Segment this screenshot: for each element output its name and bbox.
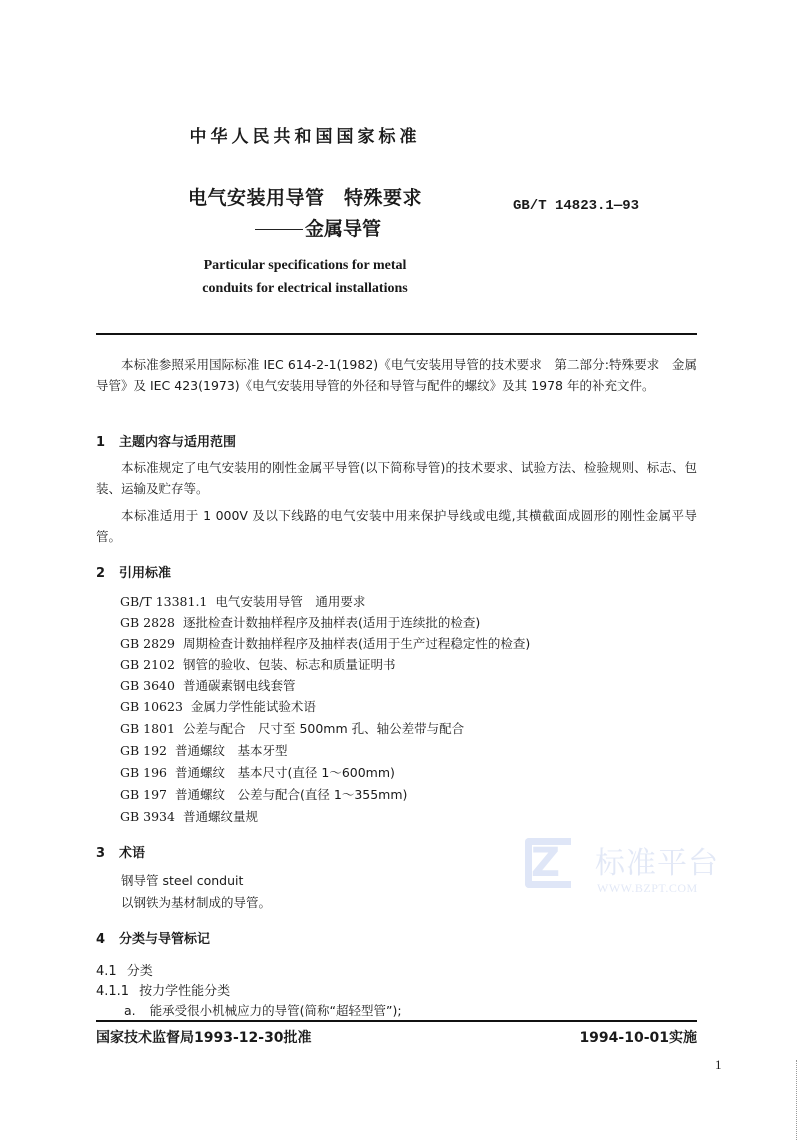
standard-number: GB/T 14823.1—93 [513, 198, 639, 214]
em-dash-rule [255, 229, 303, 230]
reference-item: GB 2828逐批检查计数抽样程序及抽样表(适用于连续批的检查) [120, 613, 480, 631]
subsection-4-1-1-heading: 4.1.1按力学性能分类 [96, 980, 230, 999]
document-subtitle: 金属导管 [255, 214, 381, 241]
implementation-date: 1994-10-01实施 [579, 1027, 697, 1047]
scan-edge-artifact [796, 1060, 800, 1140]
watermark-text: 标准平台 [595, 838, 719, 882]
reference-item: GB 2102钢管的验收、包装、标志和质量证明书 [120, 655, 395, 673]
page-number: 1 [715, 1057, 722, 1073]
reference-item: GB/T 13381.1电气安装用导管 通用要求 [120, 592, 365, 610]
subsection-4-1-heading: 4.1分类 [96, 960, 153, 979]
section-1-paragraph-1: 本标准规定了电气安装用的刚性金属平导管(以下简称导管)的技术要求、试验方法、检验… [96, 457, 697, 499]
watermark-logo-letter: Z [531, 841, 560, 885]
list-item-a: a.能承受很小机械应力的导管(简称“超轻型管”); [124, 1001, 402, 1019]
reference-item: GB 197普通螺纹 公差与配合(直径 1～355mm) [120, 785, 407, 803]
reference-item: GB 10623金属力学性能试验术语 [120, 697, 316, 715]
section-1-heading: 1主题内容与适用范围 [96, 431, 236, 450]
watermark: Z 标准平台 WWW.BZPT.COM [525, 838, 725, 908]
section-3-heading: 3术语 [96, 842, 145, 861]
reference-item: GB 1801公差与配合 尺寸至 500mm 孔、轴公差带与配合 [120, 719, 464, 737]
national-standard-heading: 中华人民共和国国家标准 [0, 122, 610, 147]
reference-item: GB 192普通螺纹 基本牙型 [120, 741, 288, 759]
term-definition: 以钢铁为基材制成的导管。 [121, 892, 521, 913]
foreword-paragraph: 本标准参照采用国际标准 IEC 614-2-1(1982)《电气安装用导管的技术… [96, 354, 697, 396]
section-2-heading: 2引用标准 [96, 562, 171, 581]
section-4-heading: 4分类与导管标记 [96, 928, 210, 947]
reference-item: GB 2829周期检查计数抽样程序及抽样表(适用于生产过程稳定性的检查) [120, 634, 530, 652]
footer-divider [96, 1020, 697, 1022]
english-title-line2: conduits for electrical installations [0, 281, 610, 297]
reference-item: GB 196普通螺纹 基本尺寸(直径 1～600mm) [120, 763, 395, 781]
section-1-paragraph-2: 本标准适用于 1 000V 及以下线路的电气安装中用来保护导线或电缆,其横截面成… [96, 505, 697, 547]
header-divider [96, 333, 697, 335]
term-entry: 钢导管 steel conduit [121, 870, 521, 891]
reference-item: GB 3934普通螺纹量规 [120, 807, 258, 825]
english-title-line1: Particular specifications for metal [0, 258, 610, 274]
watermark-url: WWW.BZPT.COM [597, 881, 698, 896]
reference-item: GB 3640普通碳素钢电线套管 [120, 676, 295, 694]
approval-date: 国家技术监督局1993-12-30批准 [96, 1027, 312, 1047]
